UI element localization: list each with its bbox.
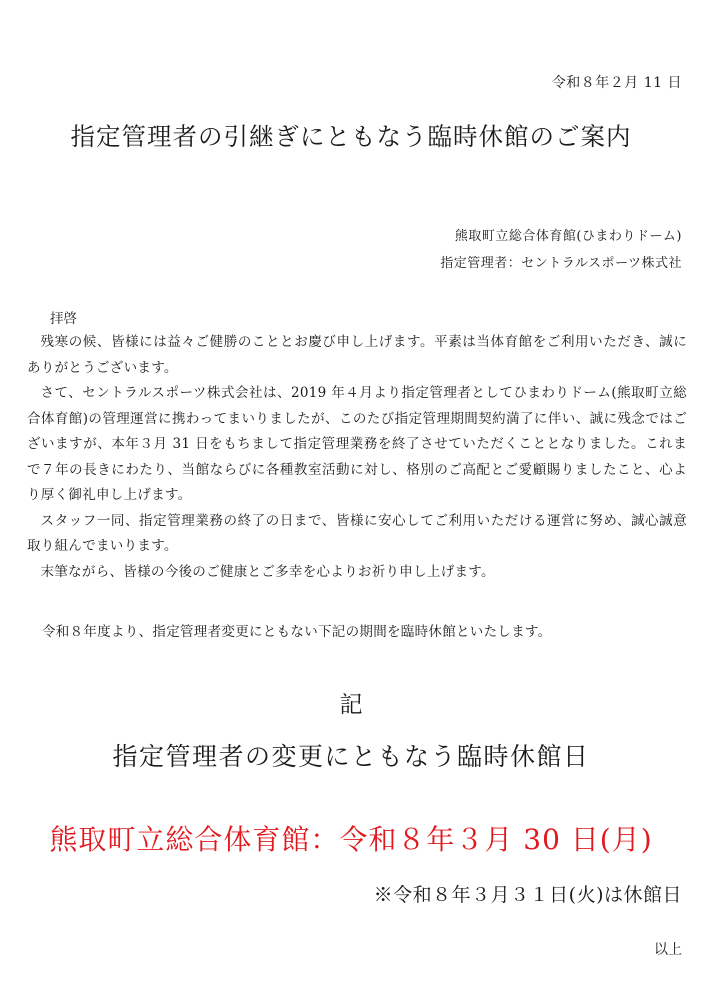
body-paragraph-closing-wish: 末筆ながら、皆様の今後のご健康とご多幸を心よりお祈り申し上げます。 bbox=[27, 560, 687, 586]
document-title: 指定管理者の引継ぎにともなう臨時休館のご案内 bbox=[0, 118, 702, 153]
ki-heading: 記 bbox=[0, 686, 702, 719]
body-paragraph-announcement: さて、セントラルスポーツ株式会社は、2019 年４月より指定管理者としてひまわり… bbox=[27, 381, 687, 509]
body-paragraph-staff: スタッフ一同、指定管理業務の終了の日まで、皆様に安心してご利用いただける運営に努… bbox=[27, 509, 687, 560]
document-date: 令和８年２月 11 日 bbox=[552, 72, 682, 92]
sender-manager: 指定管理者：セントラルスポーツ株式社 bbox=[440, 252, 682, 271]
closure-date: 熊取町立総合体育館：令和８年３月 30 日(月) bbox=[0, 818, 702, 858]
salutation: 拝啓 bbox=[50, 307, 77, 327]
closure-heading: 指定管理者の変更にともなう臨時休館日 bbox=[0, 737, 702, 773]
sender-facility: 熊取町立総合体育館(ひまわりドーム) bbox=[455, 225, 682, 244]
letter-body: 残寒の候、皆様には益々ご健勝のこととお慶び申し上げます。平素は当体育館をご利用い… bbox=[27, 330, 687, 585]
closing-remark: 以上 bbox=[654, 939, 682, 959]
closure-notice: 令和８年度より、指定管理者変更にともない下記の期間を臨時休館といたします。 bbox=[42, 620, 552, 640]
closure-note: ※令和８年３月３１日(火)は休館日 bbox=[374, 880, 682, 907]
body-paragraph-greeting: 残寒の候、皆様には益々ご健勝のこととお慶び申し上げます。平素は当体育館をご利用い… bbox=[27, 330, 687, 381]
